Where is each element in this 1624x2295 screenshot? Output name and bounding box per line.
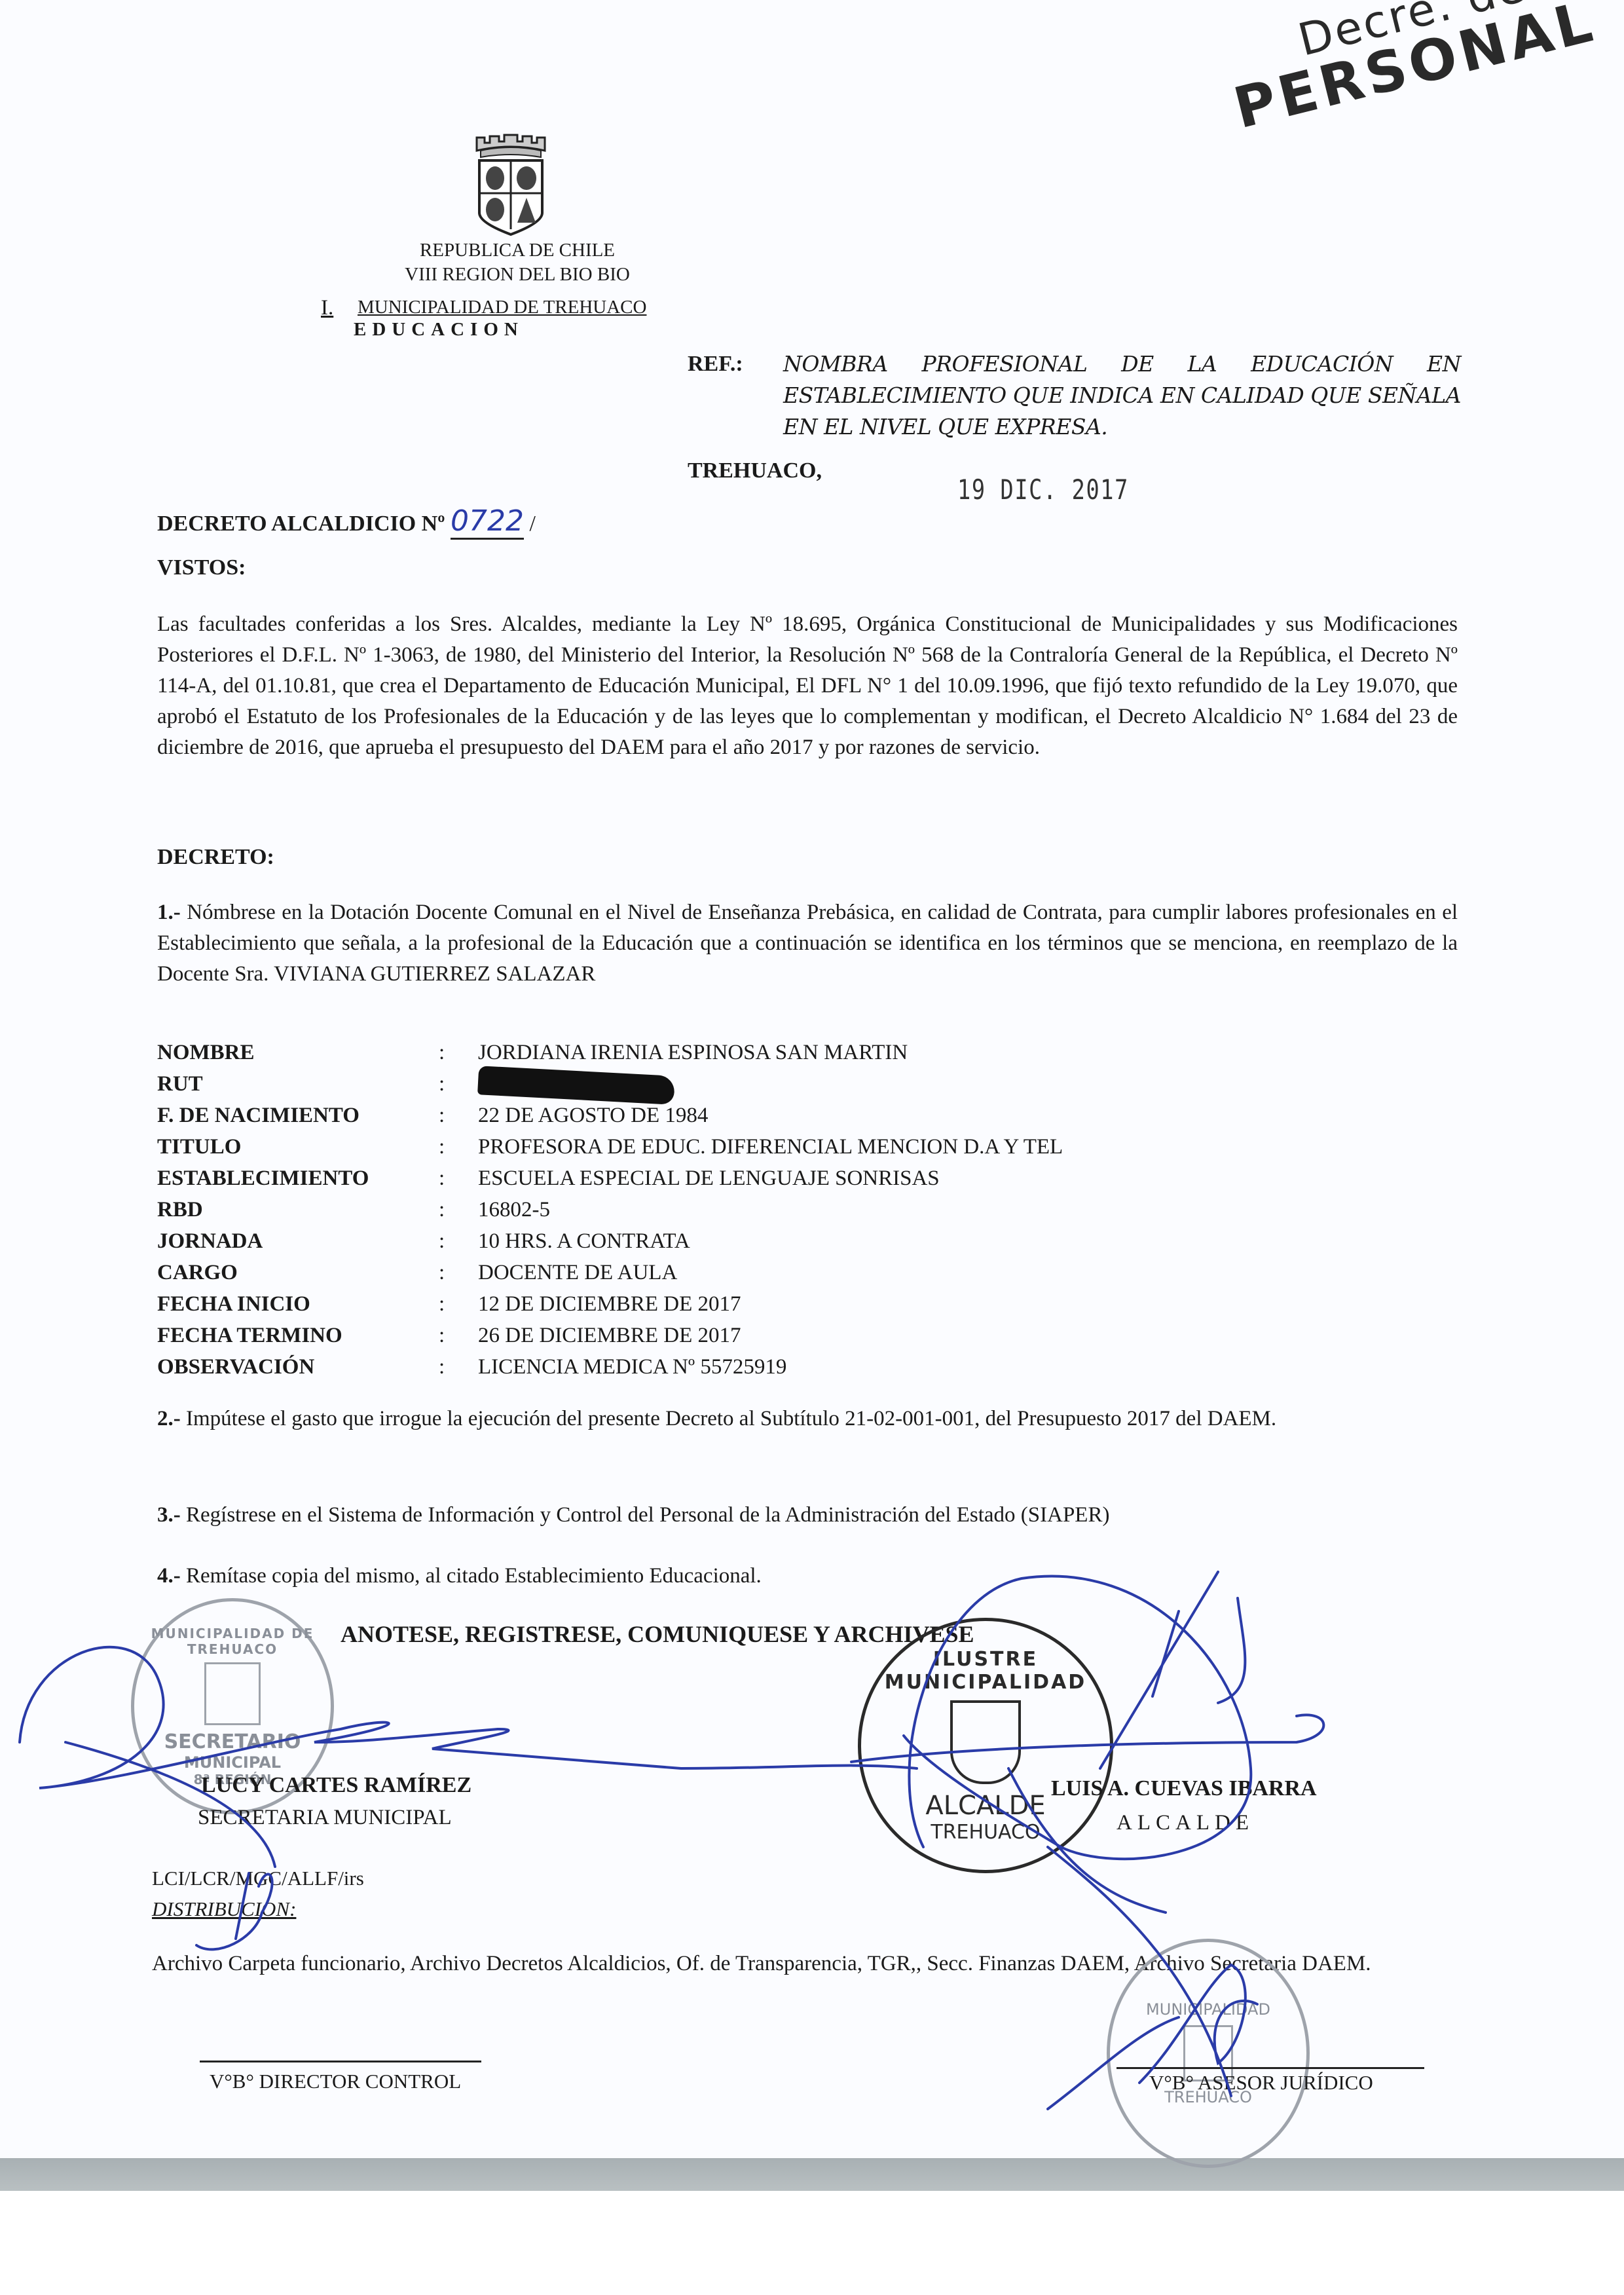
field-row: RUT: [157, 1068, 1063, 1100]
secretary-role: SECRETARIA MUNICIPAL [198, 1806, 452, 1830]
field-label: RUT [157, 1068, 439, 1100]
field-row: ESTABLECIMIENTO:ESCUELA ESPECIAL DE LENG… [157, 1163, 1063, 1194]
coat-of-arms-icon [465, 124, 557, 236]
field-row: RBD:16802-5 [157, 1194, 1063, 1225]
field-value: 22 DE AGOSTO DE 1984 [478, 1100, 708, 1131]
field-label: OBSERVACIÓN [157, 1351, 439, 1383]
mayor-seal-bottom: TREHUACO [931, 1821, 1040, 1844]
seal-crest-icon [950, 1700, 1021, 1784]
ref-text: NOMBRA PROFESIONAL DE LA EDUCACIÓN EN ES… [783, 348, 1461, 443]
decree-label: DECRETO ALCALDICIO Nº [157, 512, 445, 536]
secretary-seal-center: SECRETARIO [164, 1730, 301, 1753]
field-label: TITULO [157, 1131, 439, 1163]
item-1-number: 1.- [157, 901, 181, 924]
item-1-text: Nómbrese en la Dotación Docente Comunal … [157, 901, 1458, 986]
item-3-text: Regístrese en el Sistema de Información … [186, 1503, 1109, 1527]
field-label: NOMBRE [157, 1037, 439, 1068]
legal-seal-ring: MUNICIPALIDAD [1146, 2000, 1270, 2019]
field-label: RBD [157, 1194, 439, 1225]
initials: LCI/LCR/MGC/ALLF/irs [152, 1867, 364, 1890]
field-label: CARGO [157, 1257, 439, 1288]
control-approval: V°B° DIRECTOR CONTROL [210, 2070, 461, 2093]
decree-number-line: DECRETO ALCALDICIO Nº 0722 / [157, 504, 536, 540]
place: TREHUACO, [688, 458, 822, 483]
item-2-text: Impútese el gasto que irrogue la ejecuci… [186, 1407, 1276, 1430]
field-row: FECHA TERMINO:26 DE DICIEMBRE DE 2017 [157, 1320, 1063, 1351]
field-separator: : [439, 1068, 478, 1100]
decreto-item-1: 1.- Nómbrese en la Dotación Docente Comu… [157, 897, 1458, 990]
decreto-title: DECRETO: [157, 845, 274, 870]
field-value: 26 DE DICIEMBRE DE 2017 [478, 1320, 741, 1351]
field-row: JORNADA:10 HRS. A CONTRATA [157, 1225, 1063, 1257]
mayor-seal: ILUSTRE MUNICIPALIDAD ALCALDE TREHUACO [858, 1618, 1113, 1873]
field-label: FECHA INICIO [157, 1288, 439, 1320]
closing-formula: ANOTESE, REGISTRESE, COMUNIQUESE Y ARCHI… [341, 1620, 974, 1648]
field-value: 12 DE DICIEMBRE DE 2017 [478, 1288, 741, 1320]
mayor-seal-center: ALCALDE [925, 1791, 1045, 1821]
date-stamp: 19 DIC. 2017 [957, 474, 1129, 506]
field-value: JORDIANA IRENIA ESPINOSA SAN MARTIN [478, 1037, 908, 1068]
secretary-seal-ring: MUNICIPALIDAD DE TREHUACO [134, 1626, 331, 1657]
field-value: PROFESORA DE EDUC. DIFERENCIAL MENCION D… [478, 1131, 1063, 1163]
header-municipality: MUNICIPALIDAD DE TREHUACO [358, 297, 646, 318]
field-separator: : [439, 1194, 478, 1225]
field-separator: : [439, 1225, 478, 1257]
field-value: 16802-5 [478, 1194, 550, 1225]
field-value-redacted [478, 1068, 674, 1100]
field-row: FECHA INICIO:12 DE DICIEMBRE DE 2017 [157, 1288, 1063, 1320]
ref-label: REF.: [688, 352, 743, 377]
redaction-mark [477, 1066, 675, 1106]
decree-suffix: / [529, 512, 535, 536]
secretary-seal-center-2: MUNICIPAL [184, 1753, 281, 1772]
field-row: TITULO:PROFESORA DE EDUC. DIFERENCIAL ME… [157, 1131, 1063, 1163]
field-row: NOMBRE:JORDIANA IRENIA ESPINOSA SAN MART… [157, 1037, 1063, 1068]
mayor-role: ALCALDE [1116, 1811, 1254, 1835]
legal-signature-line [1116, 2067, 1424, 2069]
decreto-item-4: 4.- Remítase copia del mismo, al citado … [157, 1561, 1458, 1592]
appointee-details: NOMBRE:JORDIANA IRENIA ESPINOSA SAN MART… [157, 1037, 1063, 1383]
field-label: JORNADA [157, 1225, 439, 1257]
field-separator: : [439, 1351, 478, 1383]
field-label: FECHA TERMINO [157, 1320, 439, 1351]
item-3-number: 3.- [157, 1503, 181, 1527]
legal-approval: V°B° ASESOR JURÍDICO [1149, 2071, 1373, 2095]
field-value: LICENCIA MEDICA Nº 55725919 [478, 1351, 786, 1383]
field-separator: : [439, 1037, 478, 1068]
legal-seal: MUNICIPALIDAD TREHUACO [1107, 1939, 1310, 2168]
field-separator: : [439, 1257, 478, 1288]
decree-number: 0722 [451, 504, 524, 540]
secretary-name: LUCY CARTES RAMÍREZ [201, 1773, 471, 1798]
decreto-item-3: 3.- Regístrese en el Sistema de Informac… [157, 1500, 1458, 1531]
item-2-number: 2.- [157, 1407, 181, 1430]
distribution-title: DISTRIBUCION: [152, 1897, 296, 1921]
vistos-title: VISTOS: [157, 555, 246, 580]
header-country: REPUBLICA DE CHILE [288, 241, 747, 260]
field-separator: : [439, 1163, 478, 1194]
mayor-name: LUIS A. CUEVAS IBARRA [1051, 1776, 1317, 1801]
field-separator: : [439, 1100, 478, 1131]
field-row: CARGO:DOCENTE DE AULA [157, 1257, 1063, 1288]
field-value: 10 HRS. A CONTRATA [478, 1225, 690, 1257]
vistos-text: Las facultades conferidas a los Sres. Al… [157, 609, 1458, 763]
field-value: DOCENTE DE AULA [478, 1257, 677, 1288]
mayor-seal-ring: ILUSTRE MUNICIPALIDAD [861, 1648, 1110, 1694]
header-department: EDUCACION [354, 319, 524, 341]
seal-crest-icon [204, 1662, 261, 1725]
field-label: F. DE NACIMIENTO [157, 1100, 439, 1131]
field-value: ESCUELA ESPECIAL DE LENGUAJE SONRISAS [478, 1163, 940, 1194]
item-4-number: 4.- [157, 1564, 181, 1588]
field-separator: : [439, 1131, 478, 1163]
header-muni-prefix: I. [321, 296, 333, 320]
field-separator: : [439, 1320, 478, 1351]
item-4-text: Remítase copia del mismo, al citado Esta… [186, 1564, 762, 1588]
scan-edge [0, 2158, 1624, 2191]
field-row: OBSERVACIÓN:LICENCIA MEDICA Nº 55725919 [157, 1351, 1063, 1383]
control-signature-line [200, 2061, 481, 2062]
field-separator: : [439, 1288, 478, 1320]
field-label: ESTABLECIMIENTO [157, 1163, 439, 1194]
field-row: F. DE NACIMIENTO:22 DE AGOSTO DE 1984 [157, 1100, 1063, 1131]
decreto-item-2: 2.- Impútese el gasto que irrogue la eje… [157, 1404, 1458, 1434]
header-region: VIII REGION DEL BIO BIO [288, 265, 747, 284]
